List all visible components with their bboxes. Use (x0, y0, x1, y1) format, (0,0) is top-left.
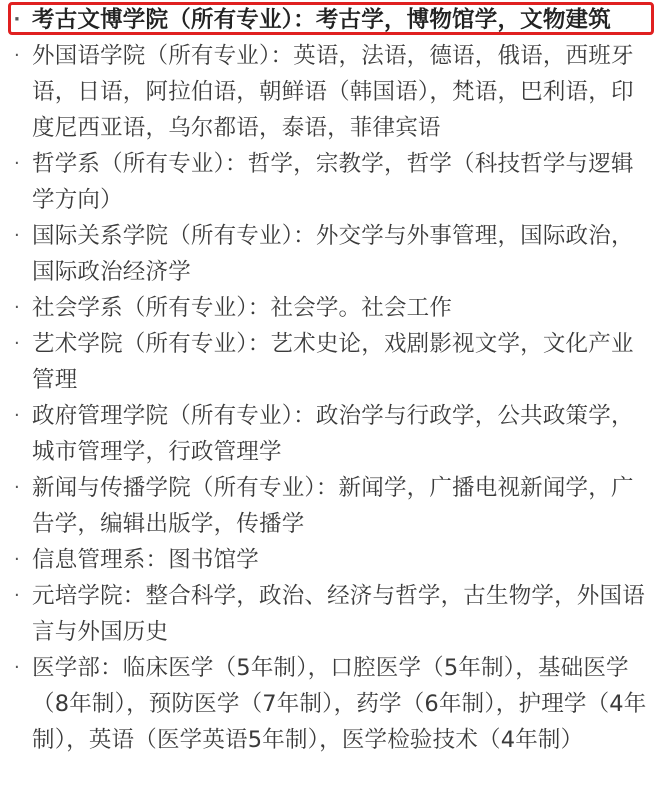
list-item-archaeology: · 考古文博学院（所有专业）：考古学，博物馆学，文物建筑 (0, 2, 660, 38)
list-item-yuanpei: · 元培学院：整合科学，政治、经济与哲学，古生物学，外国语言与外国历史 (0, 578, 660, 650)
bullet-icon: · (10, 326, 24, 362)
bullet-icon: · (10, 2, 24, 38)
list-item-foreign-languages: · 外国语学院（所有专业）：英语，法语，德语，俄语，西班牙语，日语，阿拉伯语，朝… (0, 38, 660, 146)
list-item-information-management: · 信息管理系：图书馆学 (0, 542, 660, 578)
list-item-text: 考古文博学院（所有专业）：考古学，博物馆学，文物建筑 (32, 7, 611, 33)
list-item-medicine: · 医学部：临床医学（5年制），口腔医学（5年制），基础医学（8年制），预防医学… (0, 650, 660, 758)
list-item-text: 元培学院：整合科学，政治、经济与哲学，古生物学，外国语言与外国历史 (32, 583, 645, 645)
list-item-text: 医学部：临床医学（5年制），口腔医学（5年制），基础医学（8年制），预防医学（7… (32, 655, 647, 753)
list-item-text: 外国语学院（所有专业）：英语，法语，德语，俄语，西班牙语，日语，阿拉伯语，朝鲜语… (32, 43, 634, 141)
list-item-text: 社会学系（所有专业）：社会学。社会工作 (32, 295, 452, 321)
list-item-text: 政府管理学院（所有专业）：政治学与行政学，公共政策学，城市管理学，行政管理学 (32, 403, 634, 465)
list-item-text: 艺术学院（所有专业）：艺术史论，戏剧影视文学，文化产业管理 (32, 331, 634, 393)
bullet-icon: · (10, 218, 24, 254)
list-item-sociology: · 社会学系（所有专业）：社会学。社会工作 (0, 290, 660, 326)
list-item-text: 哲学系（所有专业）：哲学，宗教学，哲学（科技哲学与逻辑学方向） (32, 151, 634, 213)
list-item-text: 信息管理系：图书馆学 (32, 547, 259, 573)
bullet-icon: · (10, 146, 24, 182)
bullet-icon: · (10, 398, 24, 434)
bullet-icon: · (10, 578, 24, 614)
department-major-list: · 考古文博学院（所有专业）：考古学，博物馆学，文物建筑 · 外国语学院（所有专… (0, 2, 660, 758)
bullet-icon: · (10, 542, 24, 578)
list-item-government: · 政府管理学院（所有专业）：政治学与行政学，公共政策学，城市管理学，行政管理学 (0, 398, 660, 470)
list-item-international-relations: · 国际关系学院（所有专业）：外交学与外事管理，国际政治，国际政治经济学 (0, 218, 660, 290)
bullet-icon: · (10, 650, 24, 686)
list-item-philosophy: · 哲学系（所有专业）：哲学，宗教学，哲学（科技哲学与逻辑学方向） (0, 146, 660, 218)
list-item-journalism: · 新闻与传播学院（所有专业）：新闻学，广播电视新闻学，广告学，编辑出版学，传播… (0, 470, 660, 542)
bullet-icon: · (10, 470, 24, 506)
list-item-text: 新闻与传播学院（所有专业）：新闻学，广播电视新闻学，广告学，编辑出版学，传播学 (32, 475, 634, 537)
list-item-text: 国际关系学院（所有专业）：外交学与外事管理，国际政治，国际政治经济学 (32, 223, 634, 285)
bullet-icon: · (10, 290, 24, 326)
bullet-icon: · (10, 38, 24, 74)
list-item-arts: · 艺术学院（所有专业）：艺术史论，戏剧影视文学，文化产业管理 (0, 326, 660, 398)
